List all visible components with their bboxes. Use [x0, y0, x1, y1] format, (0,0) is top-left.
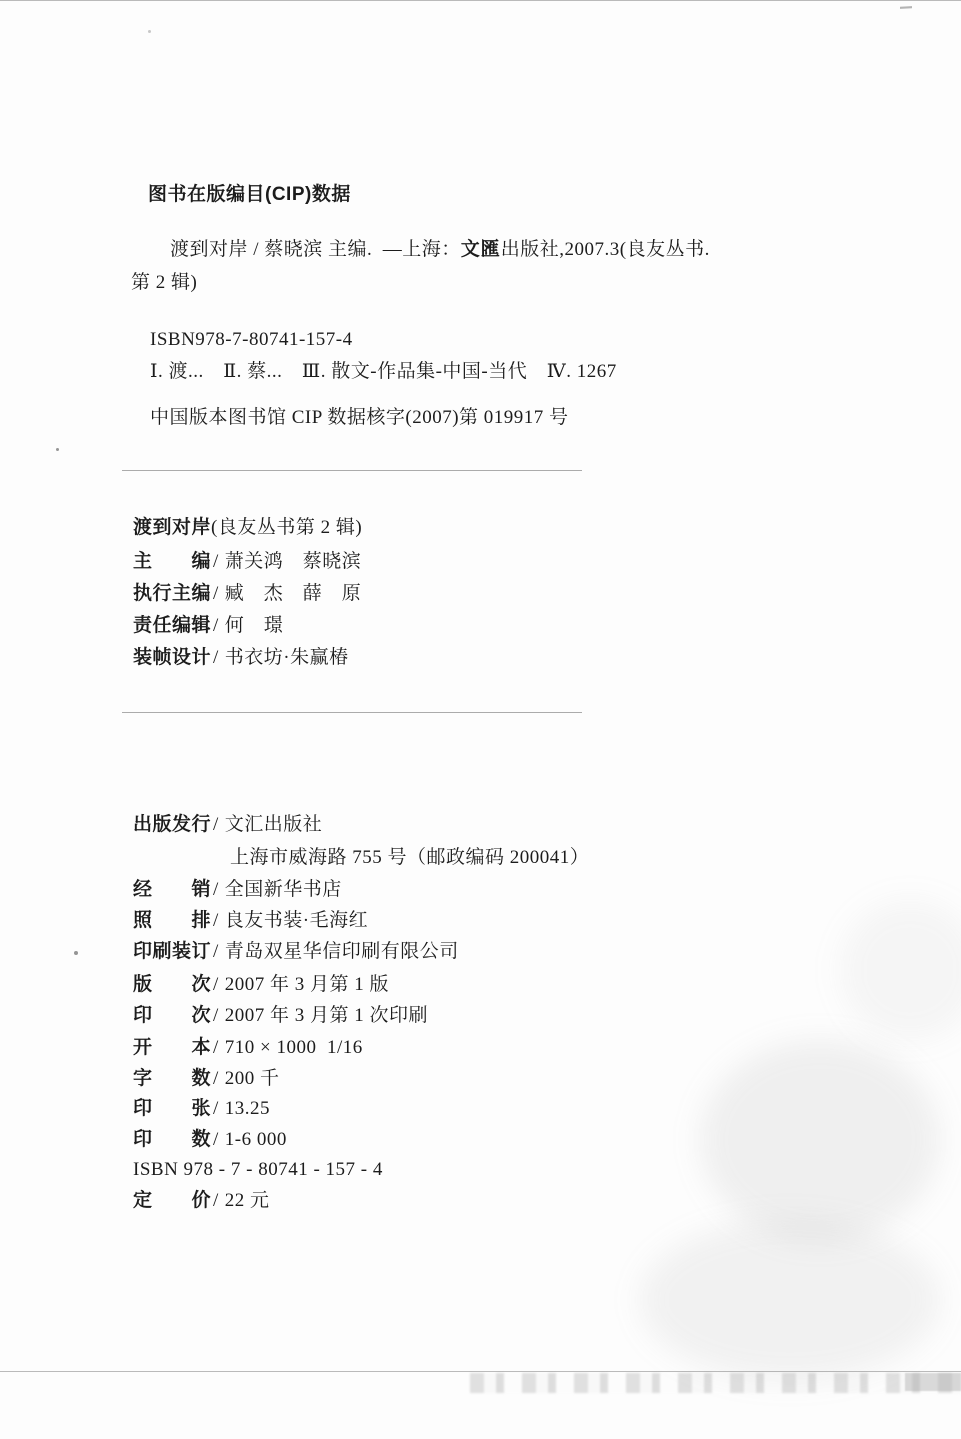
row-separator: /	[211, 941, 225, 962]
row-label: 印 张	[133, 1097, 211, 1121]
scan-bleedthrough-band	[905, 1373, 961, 1391]
scan-bleedthrough-band	[470, 1373, 961, 1393]
cip-entry-text-before: 渡到对岸 / 蔡晓滨 主编. —上海：	[170, 239, 461, 260]
series-title-sub: (良友丛书第 2 辑)	[211, 517, 362, 538]
publishing-row-format: 开 本/710 × 1000 1/16	[133, 1036, 363, 1060]
row-separator: /	[211, 879, 225, 900]
row-separator: /	[211, 910, 225, 931]
scan-bleedthrough-texture	[840, 900, 961, 1040]
row-label: 印 次	[133, 1004, 211, 1028]
publishing-row-sheets: 印 张/13.25	[133, 1097, 270, 1121]
row-label: 执行主编	[133, 582, 211, 606]
row-value: 710 × 1000 1/16	[225, 1037, 363, 1058]
publishing-row-printrun: 印 数/1-6 000	[133, 1128, 287, 1152]
row-value: 良友书装·毛海红	[225, 910, 368, 931]
row-value: 200 千	[225, 1068, 280, 1089]
row-separator: /	[211, 583, 225, 604]
divider-rule	[122, 712, 582, 713]
publishing-row-typesetting: 照 排/良友书装·毛海红	[133, 909, 368, 933]
row-value: 文汇出版社	[225, 814, 323, 835]
series-title-main: 渡到对岸	[133, 517, 211, 538]
row-value: 臧 杰 薛 原	[225, 583, 362, 604]
row-label: 版 次	[133, 973, 211, 997]
scan-speck	[148, 30, 151, 33]
cip-isbn: ISBN978-7-80741-157-4	[150, 328, 353, 352]
cip-record-number: 中国版本图书馆 CIP 数据核字(2007)第 019917 号	[150, 406, 569, 430]
book-copyright-page: 图书在版编目(CIP)数据 渡到对岸 / 蔡晓滨 主编. —上海：文匯出版社,2…	[0, 0, 961, 1439]
row-value: 全国新华书店	[225, 879, 342, 900]
divider-rule	[122, 470, 582, 471]
row-label: 主 编	[133, 550, 211, 574]
editor-row-chief: 主 编/萧关鸿 蔡晓滨	[133, 550, 361, 574]
scan-speck	[74, 951, 78, 955]
row-value: 13.25	[225, 1098, 270, 1119]
row-label: 照 排	[133, 909, 211, 933]
row-value: 2007 年 3 月第 1 次印刷	[225, 1005, 428, 1026]
row-separator: /	[211, 1098, 225, 1119]
scan-speck	[56, 448, 59, 451]
cip-entry-line2: 第 2 辑)	[131, 271, 197, 295]
row-label: 开 本	[133, 1036, 211, 1060]
series-title: 渡到对岸(良友丛书第 2 辑)	[133, 516, 362, 540]
publishing-row-printing: 印刷装订/青岛双星华信印刷有限公司	[133, 940, 459, 964]
row-label: 字 数	[133, 1067, 211, 1091]
editor-row-executive: 执行主编/臧 杰 薛 原	[133, 582, 361, 606]
row-value: 2007 年 3 月第 1 版	[225, 974, 389, 995]
row-separator: /	[211, 615, 225, 636]
scan-edge-bottom	[0, 1371, 961, 1372]
row-separator: /	[211, 814, 225, 835]
row-value: 1-6 000	[225, 1129, 287, 1150]
row-label: 出版发行	[133, 813, 211, 837]
cip-classification: Ⅰ. 渡... Ⅱ. 蔡... Ⅲ. 散文-作品集-中国-当代 Ⅳ. 1267	[150, 360, 617, 384]
row-label: 装帧设计	[133, 646, 211, 670]
editor-row-responsible: 责任编辑/何 璟	[133, 614, 283, 638]
row-value: 萧关鸿 蔡晓滨	[225, 551, 362, 572]
row-separator: /	[211, 1129, 225, 1150]
row-label: 印 数	[133, 1128, 211, 1152]
row-separator: /	[211, 1005, 225, 1026]
cip-header: 图书在版编目(CIP)数据	[148, 183, 351, 207]
publishing-row-wordcount: 字 数/200 千	[133, 1067, 280, 1091]
isbn-bottom: ISBN 978 - 7 - 80741 - 157 - 4	[133, 1158, 383, 1182]
row-label: 印刷装订	[133, 940, 211, 964]
row-separator: /	[211, 647, 225, 668]
publishing-row-price: 定 价/22 元	[133, 1189, 270, 1213]
row-label: 经 销	[133, 878, 211, 902]
row-separator: /	[211, 1068, 225, 1089]
row-value: 何 璟	[225, 615, 284, 636]
publishing-row-edition: 版 次/2007 年 3 月第 1 版	[133, 973, 389, 997]
row-value: 22 元	[225, 1190, 270, 1211]
scan-mark-top-right	[900, 4, 912, 11]
publishing-row-impression: 印 次/2007 年 3 月第 1 次印刷	[133, 1004, 428, 1028]
publishing-row-publisher: 出版发行/文汇出版社	[133, 813, 322, 837]
editor-row-design: 装帧设计/书衣坊·朱赢椿	[133, 646, 349, 670]
scan-bleedthrough-texture	[700, 1040, 940, 1240]
publishing-row-distribution: 经 销/全国新华书店	[133, 878, 342, 902]
scan-bleedthrough-texture	[640, 1220, 940, 1380]
row-separator: /	[211, 551, 225, 572]
row-separator: /	[211, 1190, 225, 1211]
cip-entry-line1: 渡到对岸 / 蔡晓滨 主编. —上海：文匯出版社,2007.3(良友丛书.	[170, 238, 710, 262]
scan-edge-top	[0, 0, 961, 1]
publisher-logo-text: 文匯	[461, 239, 501, 260]
row-value: 青岛双星华信印刷有限公司	[225, 941, 459, 962]
row-label: 定 价	[133, 1189, 211, 1213]
row-separator: /	[211, 974, 225, 995]
row-value: 书衣坊·朱赢椿	[225, 647, 349, 668]
publisher-address: 上海市威海路 755 号（邮政编码 200041）	[230, 846, 589, 870]
row-label: 责任编辑	[133, 614, 211, 638]
cip-entry-text-after: 出版社,2007.3(良友丛书.	[501, 239, 710, 260]
row-separator: /	[211, 1037, 225, 1058]
